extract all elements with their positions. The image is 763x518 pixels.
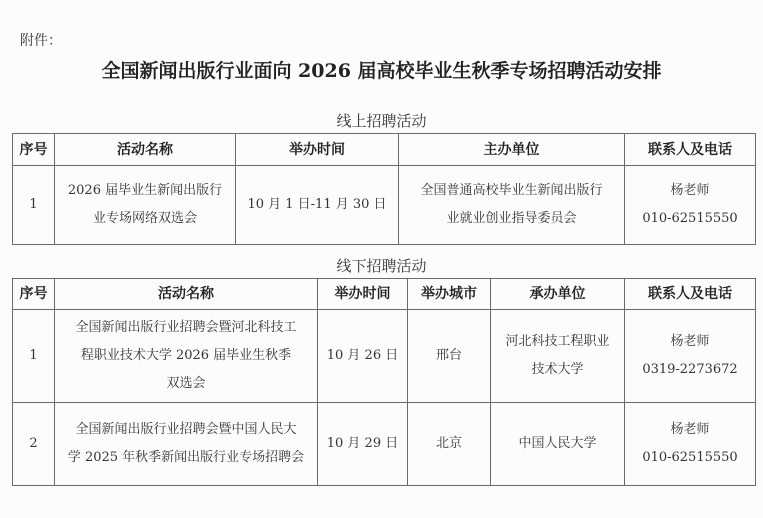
host-line: 中国人民大学 bbox=[495, 430, 620, 458]
header-no: 序号 bbox=[13, 134, 55, 166]
contact-phone: 010-62515550 bbox=[629, 205, 751, 233]
header-event-name: 活动名称 bbox=[55, 279, 318, 310]
table-row: 1 2026 届毕业生新闻出版行 业专场网络双选会 10 月 1 日-11 月 … bbox=[13, 166, 756, 245]
contact: 杨老师 010-62515550 bbox=[625, 166, 756, 245]
event-name-line: 业专场网络双选会 bbox=[59, 205, 231, 233]
row-no: 1 bbox=[13, 310, 55, 403]
event-name: 2026 届毕业生新闻出版行 业专场网络双选会 bbox=[55, 166, 236, 245]
header-city: 举办城市 bbox=[408, 279, 491, 310]
event-city: 邢台 bbox=[408, 310, 491, 403]
event-name: 全国新闻出版行业招聘会暨河北科技工 程职业技术大学 2026 届毕业生秋季 双选… bbox=[55, 310, 318, 403]
header-organizer: 主办单位 bbox=[399, 134, 625, 166]
contact-name: 杨老师 bbox=[629, 328, 751, 356]
contact: 杨老师 0319-2273672 bbox=[625, 310, 756, 403]
organizer-line: 业就业创业指导委员会 bbox=[403, 205, 620, 233]
header-event-name: 活动名称 bbox=[55, 134, 236, 166]
event-name-line: 2026 届毕业生新闻出版行 bbox=[59, 177, 231, 205]
event-time: 10 月 29 日 bbox=[318, 403, 408, 486]
row-no: 1 bbox=[13, 166, 55, 245]
organizer-line: 全国普通高校毕业生新闻出版行 bbox=[403, 177, 620, 205]
host: 河北科技工程职业 技术大学 bbox=[491, 310, 625, 403]
organizer: 全国普通高校毕业生新闻出版行 业就业创业指导委员会 bbox=[399, 166, 625, 245]
offline-events-table: 序号 活动名称 举办时间 举办城市 承办单位 联系人及电话 1 全国新闻出版行业… bbox=[12, 278, 756, 486]
event-name-line: 全国新闻出版行业招聘会暨河北科技工 bbox=[59, 314, 313, 342]
header-host: 承办单位 bbox=[491, 279, 625, 310]
header-time: 举办时间 bbox=[236, 134, 399, 166]
host-line: 河北科技工程职业 bbox=[495, 328, 620, 356]
online-section-heading: 线上招聘活动 bbox=[0, 110, 763, 131]
host-line: 技术大学 bbox=[495, 356, 620, 384]
header-time: 举办时间 bbox=[318, 279, 408, 310]
contact-phone: 010-62515550 bbox=[629, 444, 751, 472]
document-title: 全国新闻出版行业面向 2026 届高校毕业生秋季专场招聘活动安排 bbox=[0, 56, 763, 83]
event-name-line: 学 2025 年秋季新闻出版行业专场招聘会 bbox=[59, 444, 313, 472]
contact: 杨老师 010-62515550 bbox=[625, 403, 756, 486]
table-row: 1 全国新闻出版行业招聘会暨河北科技工 程职业技术大学 2026 届毕业生秋季 … bbox=[13, 310, 756, 403]
row-no: 2 bbox=[13, 403, 55, 486]
event-name-line: 程职业技术大学 2026 届毕业生秋季 bbox=[59, 342, 313, 370]
event-time: 10 月 26 日 bbox=[318, 310, 408, 403]
event-city: 北京 bbox=[408, 403, 491, 486]
table-row: 2 全国新闻出版行业招聘会暨中国人民大 学 2025 年秋季新闻出版行业专场招聘… bbox=[13, 403, 756, 486]
event-name-line: 全国新闻出版行业招聘会暨中国人民大 bbox=[59, 416, 313, 444]
contact-name: 杨老师 bbox=[629, 416, 751, 444]
event-time: 10 月 1 日-11 月 30 日 bbox=[236, 166, 399, 245]
host: 中国人民大学 bbox=[491, 403, 625, 486]
header-contact: 联系人及电话 bbox=[625, 279, 756, 310]
header-no: 序号 bbox=[13, 279, 55, 310]
attachment-label: 附件： bbox=[20, 30, 62, 50]
header-contact: 联系人及电话 bbox=[625, 134, 756, 166]
event-name: 全国新闻出版行业招聘会暨中国人民大 学 2025 年秋季新闻出版行业专场招聘会 bbox=[55, 403, 318, 486]
event-name-line: 双选会 bbox=[59, 370, 313, 398]
table-header-row: 序号 活动名称 举办时间 主办单位 联系人及电话 bbox=[13, 134, 756, 166]
contact-name: 杨老师 bbox=[629, 177, 751, 205]
online-events-table: 序号 活动名称 举办时间 主办单位 联系人及电话 1 2026 届毕业生新闻出版… bbox=[12, 133, 756, 245]
table-header-row: 序号 活动名称 举办时间 举办城市 承办单位 联系人及电话 bbox=[13, 279, 756, 310]
offline-section-heading: 线下招聘活动 bbox=[0, 255, 763, 276]
contact-phone: 0319-2273672 bbox=[629, 356, 751, 384]
